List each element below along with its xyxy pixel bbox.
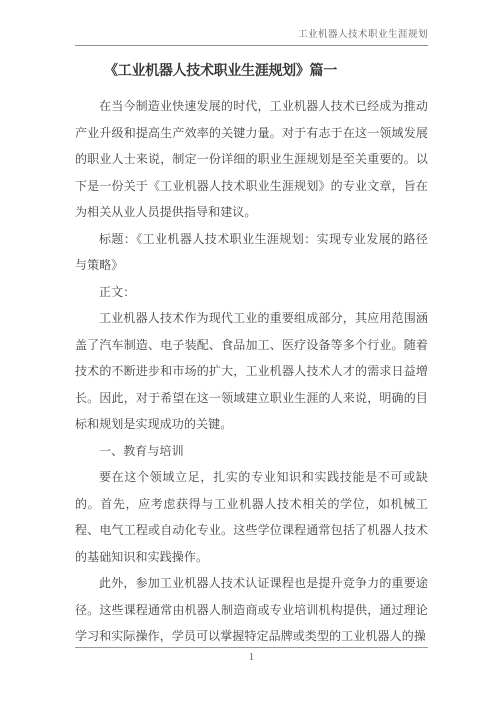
footer-divider <box>75 647 428 648</box>
document-body: 在当今制造业快速发展的时代，工业机器人技术已经成为推动产业升级和提高生产效率的关… <box>75 93 428 650</box>
paragraph-article-title: 标题：《工业机器人技术职业生涯规划：实现专业发展的路径与策略》 <box>75 226 428 279</box>
paragraph-overview: 工业机器人技术作为现代工业的重要组成部分，其应用范围涵盖了汽车制造、电子装配、食… <box>75 305 428 438</box>
section-heading-education: 一、教育与培训 <box>75 438 428 465</box>
header-divider <box>75 45 428 46</box>
page-header: 工业机器人技术职业生涯规划 <box>75 29 428 41</box>
header-running-title: 工业机器人技术职业生涯规划 <box>298 30 428 40</box>
paragraph-certification: 此外，参加工业机器人技术认证课程也是提升竞争力的重要途径。这些课程通常由机器人制… <box>75 570 428 650</box>
document-page: 工业机器人技术职业生涯规划 《工业机器人技术职业生涯规划》篇一 在当今制造业快速… <box>0 0 500 707</box>
paragraph-intro: 在当今制造业快速发展的时代，工业机器人技术已经成为推动产业升级和提高生产效率的关… <box>75 93 428 226</box>
page-number: 1 <box>75 651 428 664</box>
document-title: 《工业机器人技术职业生涯规划》篇一 <box>75 62 428 82</box>
paragraph-education: 要在这个领域立足，扎实的专业知识和实践技能是不可或缺的。首先，应考虑获得与工业机… <box>75 464 428 570</box>
paragraph-body-label: 正文： <box>75 279 428 306</box>
